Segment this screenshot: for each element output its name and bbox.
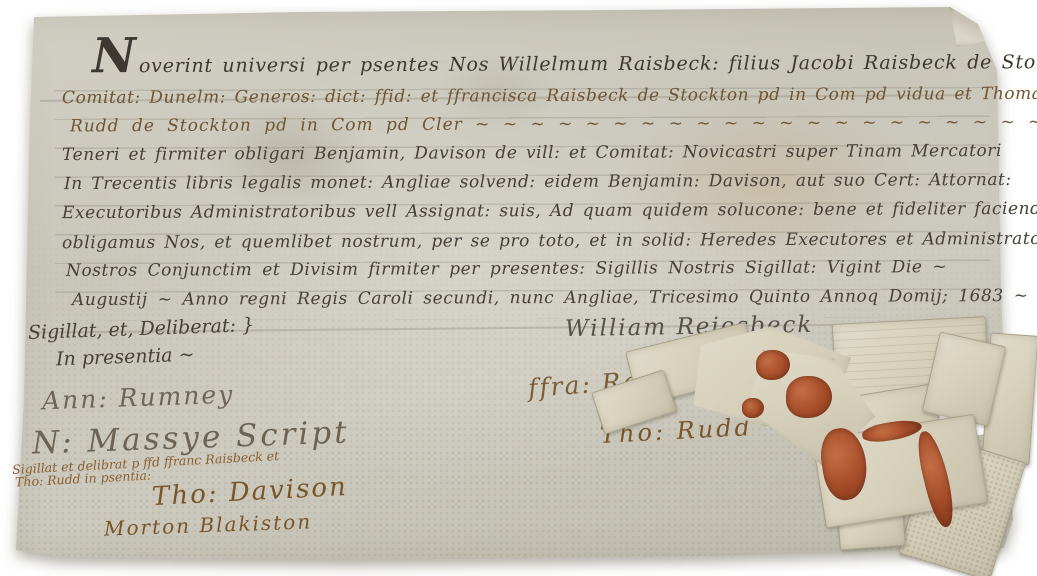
manuscript-line-3: Rudd de Stockton pd in Com pd Cler ~ ~ ~… — [70, 112, 1037, 137]
manuscript-line-1: Noverint universi per psentes Nos Willel… — [92, 34, 1037, 78]
manuscript-photo: Noverint universi per psentes Nos Willel… — [0, 0, 1037, 576]
manuscript-line-8: Nostros Conjunctim et Divisim firmiter p… — [66, 257, 947, 281]
manuscript-line-6: Executoribus Administratoribus vell Assi… — [62, 199, 1037, 223]
manuscript-line-5: In Trecentis libris legalis monet: Angli… — [64, 170, 1012, 194]
manuscript-line-4: Teneri et firmiter obligari Benjamin, Da… — [62, 141, 1002, 165]
manuscript-line-7: obligamus Nos, et quemlibet nostrum, per… — [62, 229, 1037, 253]
manuscript-line-9: Augustij ~ Anno regni Regis Caroli secun… — [72, 286, 1029, 310]
manuscript-line-2: Comitat: Dunelm: Generos: dict: ffid: et… — [62, 84, 1037, 108]
